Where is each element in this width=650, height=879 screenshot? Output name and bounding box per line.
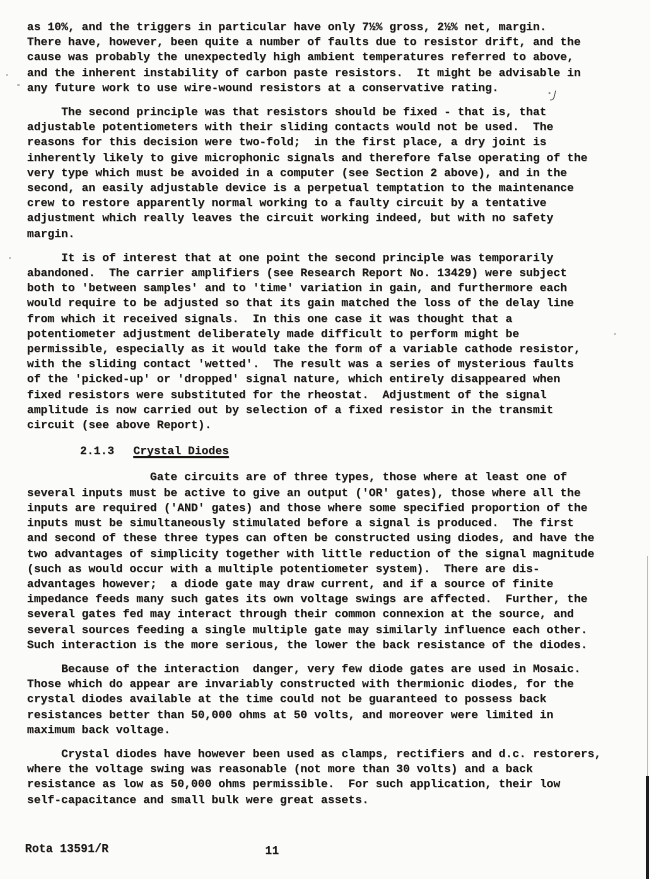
document-body: as 10%, and the triggers in particular h… <box>27 21 627 809</box>
section-title: Crystal Diodes <box>133 446 229 458</box>
paragraph: Gate circuits are of three types, those … <box>27 471 627 653</box>
section-number: 2.1.3 <box>80 446 114 458</box>
document-reference: Rota 13591/R <box>25 843 109 856</box>
section-heading: 2.1.3Crystal Diodes <box>80 445 627 460</box>
document-page: as 10%, and the triggers in particular h… <box>0 0 650 879</box>
paragraph: Because of the interaction danger, very … <box>27 663 627 739</box>
scan-artifact-speck <box>9 257 11 259</box>
scan-artifact-speck <box>614 333 616 335</box>
scan-artifact-edge-line-faint <box>647 556 648 777</box>
paragraph: It is of interest that at one point the … <box>27 252 627 434</box>
paragraph: as 10%, and the triggers in particular h… <box>27 21 627 97</box>
scan-artifact-speck <box>17 84 20 86</box>
paragraph: Crystal diodes have however been used as… <box>27 748 627 809</box>
paragraph: The second principle was that resistors … <box>27 106 627 243</box>
scan-artifact-edge-line-dark <box>646 776 649 879</box>
scan-artifact-speck <box>6 74 8 76</box>
page-number: 11 <box>265 845 279 858</box>
